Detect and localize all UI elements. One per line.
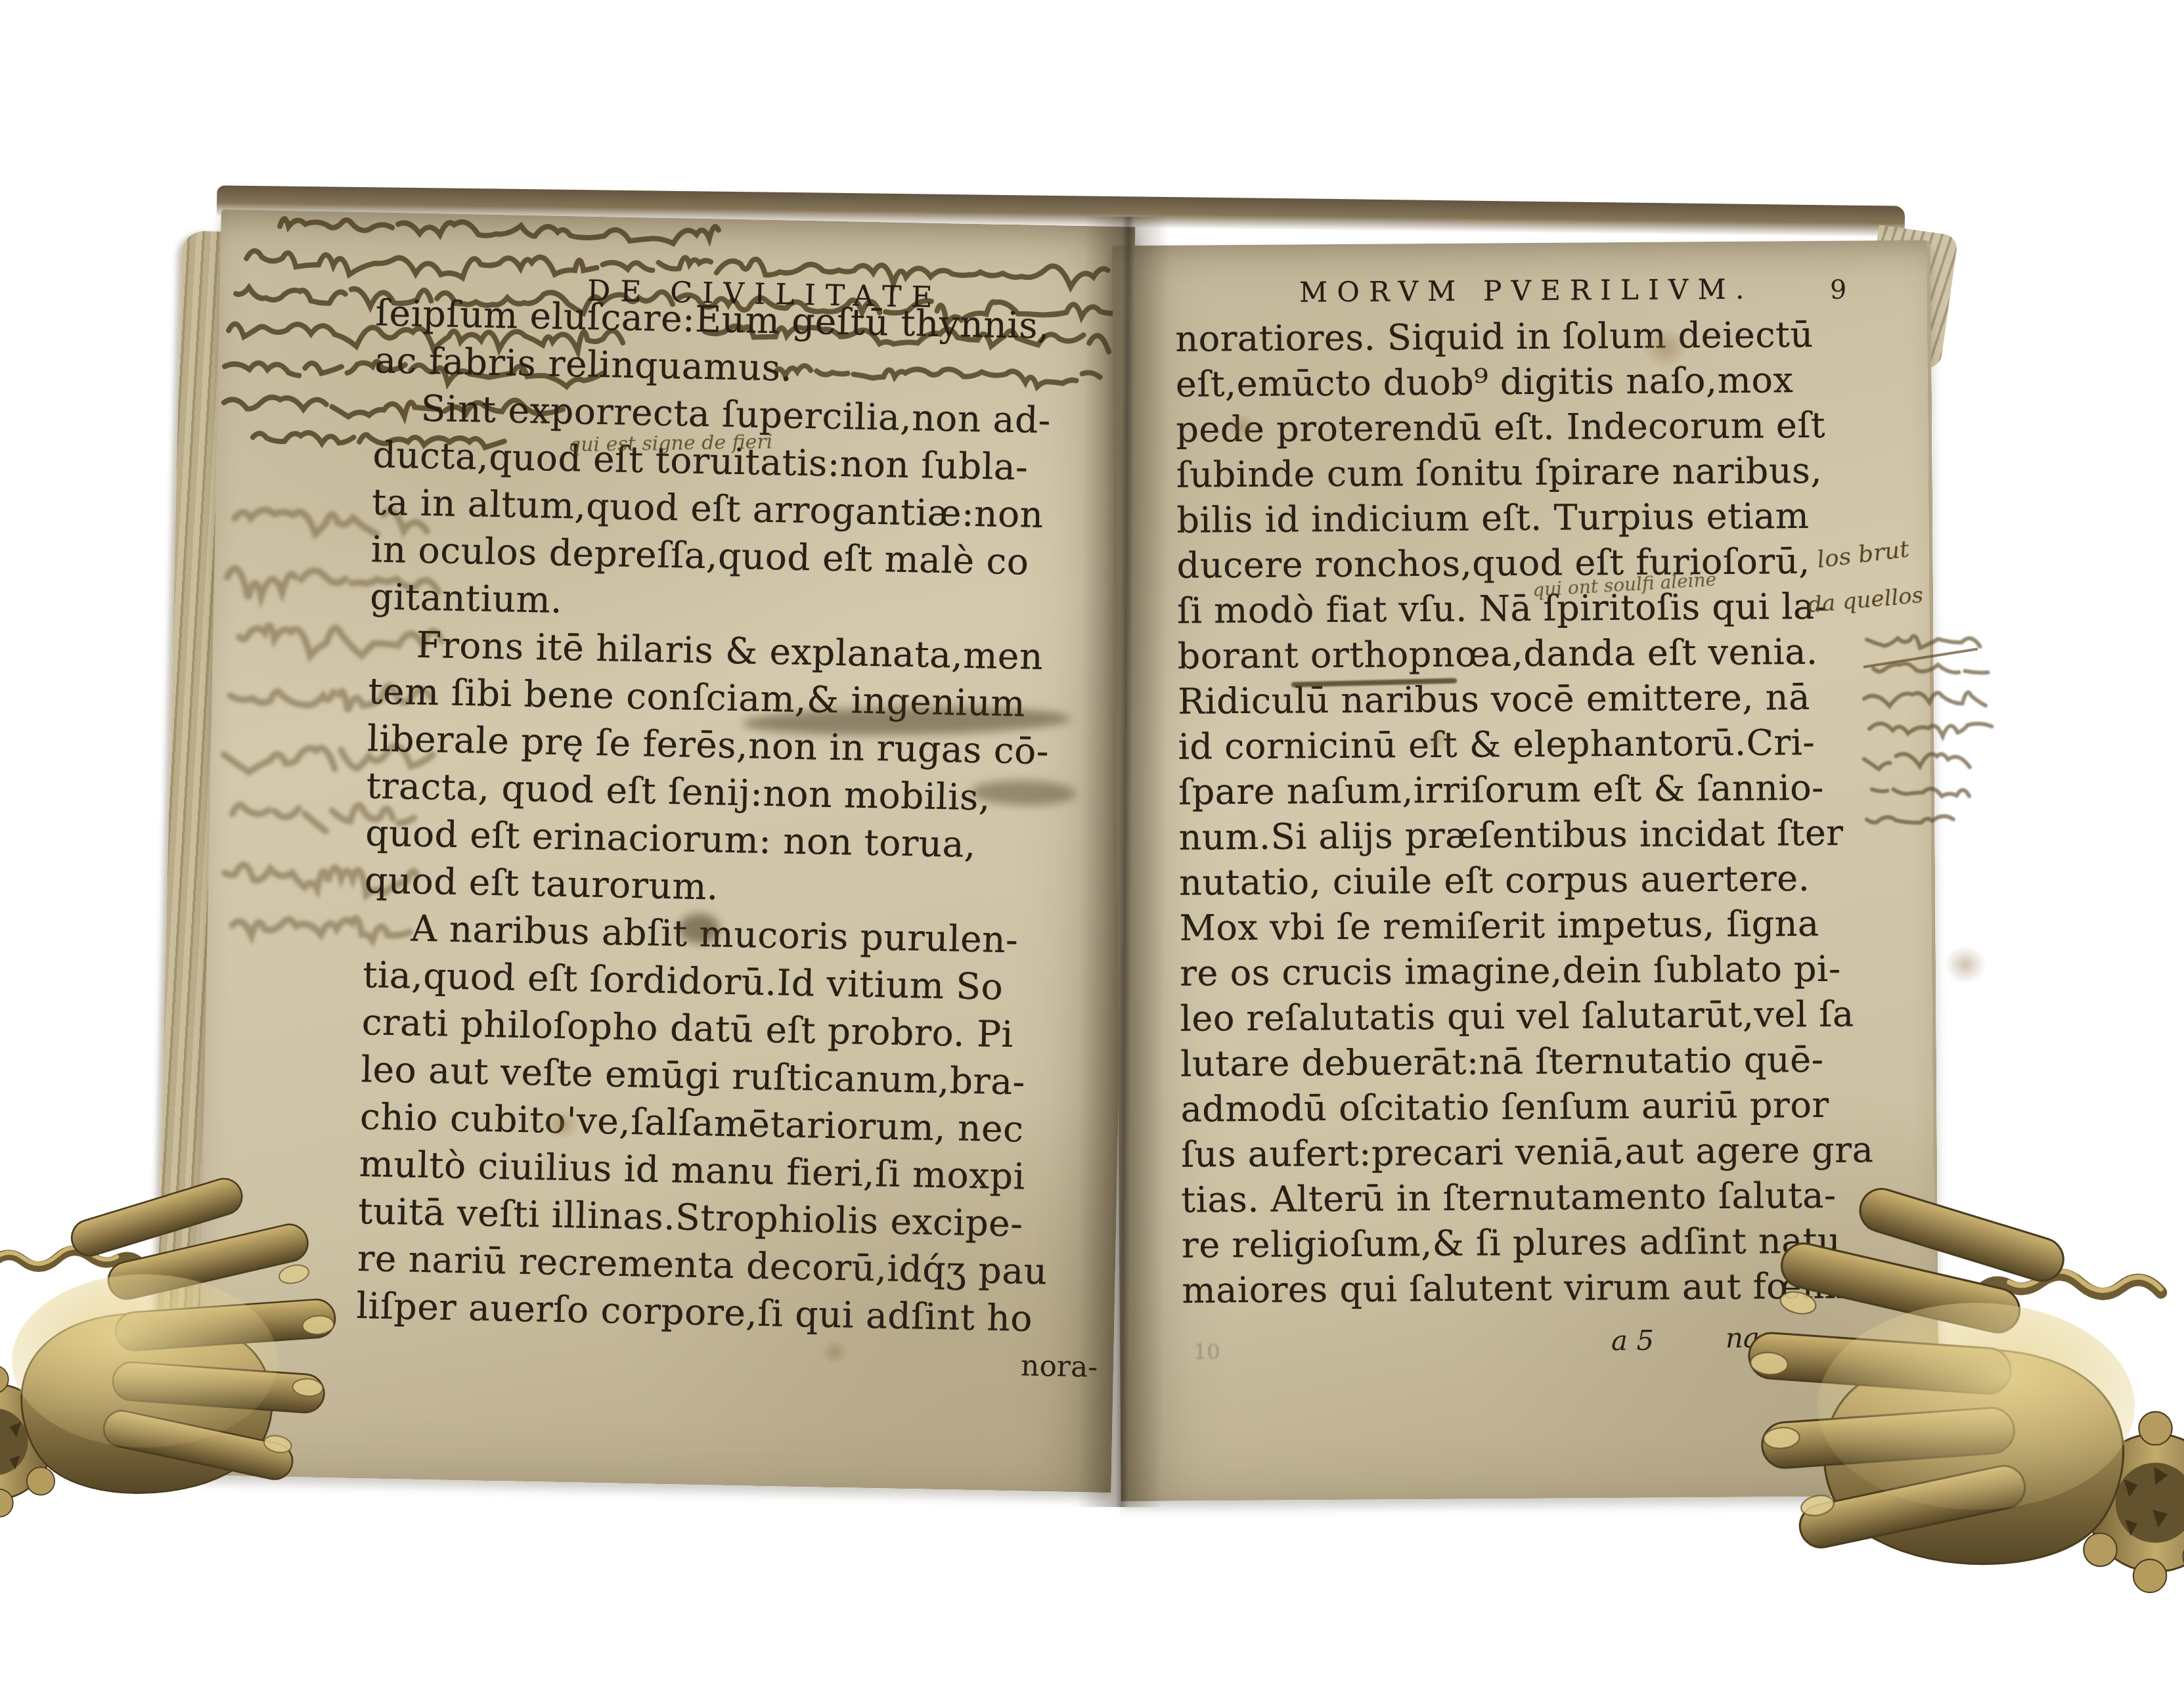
text-line: noratiores. Siquid in ſolum deiectū [1175, 311, 1898, 362]
faint-numeral-mark: 10 [1193, 1339, 1220, 1364]
right-page-text: noratiores. Siquid in ſolum deiectūeſt,e… [1175, 311, 1905, 1313]
cursive-scrawl-line [1864, 692, 1986, 706]
foxing-spot [1819, 1346, 1851, 1375]
cursive-scrawl-line [1869, 724, 1992, 737]
text-line: eſt,emūcto duob⁹ digitis naſo,mox [1176, 357, 1898, 407]
running-header-right: MORVM PVERILIVM. [1211, 273, 1842, 309]
cursive-scrawl-line [1872, 789, 1969, 796]
text-line: pede proterendū eſt. Indecorum eſt [1176, 402, 1898, 452]
foxing-spot [1425, 729, 1450, 751]
text-line: lutare debuerāt:nā ſternutatio quē- [1180, 1036, 1903, 1087]
page-number: 9 [1830, 275, 1847, 305]
foxing-spot [1227, 414, 1256, 440]
cursive-scrawl-line [1867, 636, 1980, 648]
text-line: admodū oſcitatio ſenſum auriū pror [1180, 1082, 1903, 1132]
cursive-scrawl-line [1867, 816, 1953, 823]
foxing-spot [1944, 946, 1986, 984]
right-margin-annotations [1864, 630, 2009, 841]
foxing-spot [545, 1110, 579, 1140]
catchword-right: nas [1726, 1321, 1774, 1354]
foxing-spot [821, 1340, 849, 1365]
text-line: ſubinde cum ſonitu ſpirare naribus, [1176, 447, 1899, 498]
left-page: DE CIVILITATE ſeipſum eluſcare:Eum geſtū… [197, 209, 1136, 1493]
text-line: re religioſum,& ſi plures adſint natu [1182, 1217, 1904, 1268]
catchword-left: nora- [355, 1336, 1174, 1386]
photo-canvas: { "scene": { "description": "Photograph … [0, 0, 2184, 1708]
text-line: tias. Alterū in ſternutamento ſaluta- [1181, 1172, 1904, 1223]
text-line: ſpare naſum,irriſorum eſt & ſannio- [1178, 764, 1901, 815]
text-line: nutatio, ciuile eſt corpus auertere. [1179, 855, 1902, 906]
cursive-scrawl-line [1873, 664, 1988, 673]
text-line: id cornicinū eſt & elephantorū.Cri- [1178, 719, 1900, 770]
text-line: maiores qui ſalutent virum aut fœmi [1182, 1263, 1904, 1313]
book-gutter [1077, 217, 1169, 1508]
text-line: num.Si alijs præſentibus incidat ſter [1178, 810, 1901, 860]
signature-mark: a 5 [1611, 1325, 1654, 1357]
text-line: borant orthopnœa,danda eſt venia. [1177, 628, 1900, 679]
text-line: leo reſalutatis qui vel ſalutarūt,vel ſa [1180, 991, 1902, 1041]
text-line: Mox vbi ſe remiſerit impetus, ſigna [1179, 900, 1902, 951]
foxing-spot [1642, 328, 1688, 368]
cursive-scrawl-line [280, 218, 719, 244]
text-line: bilis id indicium eſt. Turpius etiam [1176, 493, 1899, 543]
text-line: ſus aufert:precari veniā,aut agere gra [1181, 1127, 1904, 1177]
interlinear-annotation-left: qui est signe de fieri [568, 431, 773, 457]
text-line: Ridiculū naribus vocē emittere, nā [1178, 674, 1900, 724]
cursive-scrawl-line [1864, 754, 1970, 769]
text-line: re os crucis imagine,dein ſublato pi- [1180, 946, 1902, 996]
